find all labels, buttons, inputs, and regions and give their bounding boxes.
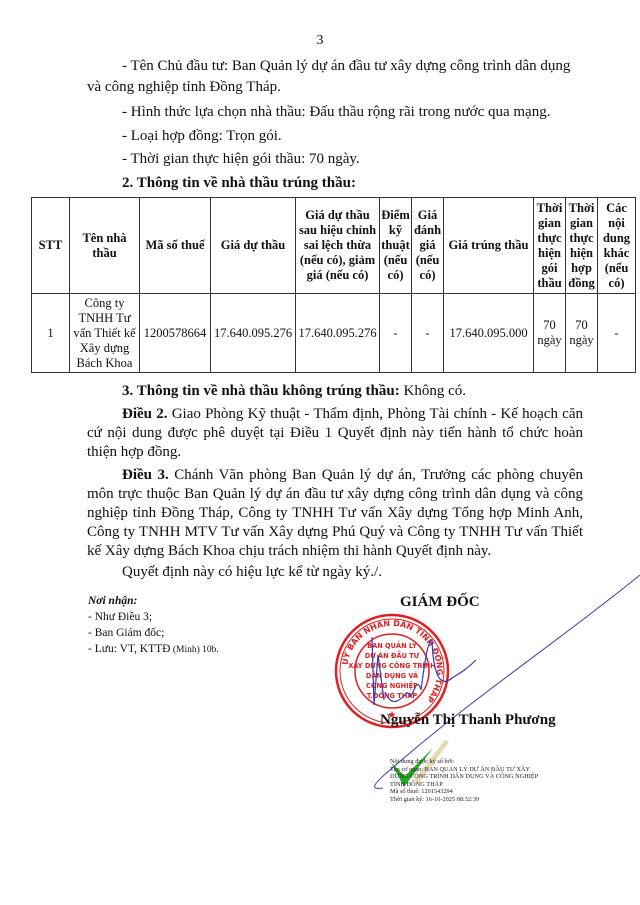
recipients-title: Nơi nhận:: [88, 593, 219, 609]
esign-line: Mã số thuế: 1201543294: [390, 788, 538, 796]
esign-line: DỰNG CÔNG TRÌNH DÂN DỤNG VÀ CÔNG NGHIỆP: [390, 773, 538, 781]
article3: Điều 3. Chánh Văn phòng Ban Quản lý dự á…: [87, 466, 583, 561]
col-bidder-name: Tên nhà thầu: [70, 198, 140, 294]
col-contract-duration: Thời gian thực hiện hợp đồng: [566, 198, 598, 294]
svg-text:T.ĐỒNG THÁP: T.ĐỒNG THÁP: [367, 690, 417, 700]
owner-line: - Tên Chủ đầu tư: Ban Quản lý dự án đầu …: [87, 57, 583, 76]
col-other: Các nội dung khác (nếu có): [598, 198, 636, 294]
recipient-item: - Ban Giám đốc;: [88, 625, 219, 641]
section2-heading: 2. Thông tin về nhà thầu trúng thầu:: [87, 174, 583, 193]
esign-line: Tên cơ quan: BAN QUẢN LÝ DỰ ÁN ĐẦU TƯ XÂ…: [390, 766, 538, 774]
cell-tech-score: -: [380, 294, 412, 373]
selection-method: - Hình thức lựa chọn nhà thầu: Đấu thầu …: [87, 103, 583, 122]
svg-text:BAN QUẢN LÝ: BAN QUẢN LÝ: [367, 640, 417, 650]
contract-type: - Loại hợp đồng: Trọn gói.: [87, 127, 583, 146]
svg-text:CÔNG NGHIỆP: CÔNG NGHIỆP: [366, 681, 418, 690]
digital-signature-info: Nội dung được ký số bởi: Tên cơ quan: BA…: [390, 758, 538, 803]
signer-name: Nguyễn Thị Thanh Phương: [380, 712, 556, 729]
esign-line: TỈNH ĐỒNG THÁP: [390, 781, 538, 789]
col-tech-score: Điểm kỹ thuật (nếu có): [380, 198, 412, 294]
section3: 3. Thông tin về nhà thầu không trúng thầ…: [87, 382, 583, 401]
col-bid-price: Giá dự thầu: [211, 198, 296, 294]
recipient-item-suffix: (Minh) 10b.: [170, 645, 218, 655]
article2-label: Điều 2.: [122, 406, 167, 422]
svg-text:DỰ ÁN ĐẦU TƯ: DỰ ÁN ĐẦU TƯ: [365, 650, 420, 660]
winning-bidder-table: STT Tên nhà thầu Mã số thuế Giá dự thầu …: [31, 197, 636, 373]
cell-stt: 1: [32, 294, 70, 373]
section3-value: Không có.: [400, 383, 466, 399]
cell-eval-price: -: [412, 294, 444, 373]
col-stt: STT: [32, 198, 70, 294]
cell-bid-price: 17.640.095.276: [211, 294, 296, 373]
owner-line1: - Tên Chủ đầu tư: Ban Quản lý dự án đầu …: [122, 58, 570, 74]
cell-adjusted-price: 17.640.095.276: [296, 294, 380, 373]
recipient-item: - Lưu: VT, KTTĐ (Minh) 10b.: [88, 641, 219, 658]
col-eval-price: Giá đánh giá (nếu có): [412, 198, 444, 294]
col-package-duration: Thời gian thực hiện gói thầu: [534, 198, 566, 294]
signer-title: GIÁM ĐỐC: [400, 594, 480, 611]
duration: - Thời gian thực hiện gói thầu: 70 ngày.: [87, 150, 583, 169]
svg-text:DÂN DỤNG VÀ: DÂN DỤNG VÀ: [366, 671, 419, 680]
col-winning-price: Giá trúng thầu: [444, 198, 534, 294]
col-tax-code: Mã số thuế: [140, 198, 211, 294]
table-row: 1 Công ty TNHH Tư vấn Thiết kế Xây dựng …: [32, 294, 636, 373]
recipient-item-text: - Lưu: VT, KTTĐ: [88, 643, 170, 655]
cell-contract-duration: 70 ngày: [566, 294, 598, 373]
section3-heading: 3. Thông tin về nhà thầu không trúng thầ…: [122, 383, 400, 399]
cell-package-duration: 70 ngày: [534, 294, 566, 373]
table-header-row: STT Tên nhà thầu Mã số thuế Giá dự thầu …: [32, 198, 636, 294]
col-adjusted-price: Giá dự thầu sau hiệu chỉnh sai lệch thừa…: [296, 198, 380, 294]
article3-label: Điều 3.: [122, 467, 169, 483]
page-number: 3: [0, 33, 640, 49]
cell-other: -: [598, 294, 636, 373]
article2: Điều 2. Giao Phòng Kỹ thuật - Thẩm định,…: [87, 405, 583, 462]
cell-winning-price: 17.640.095.000: [444, 294, 534, 373]
effective-clause: Quyết định này có hiệu lực kể từ ngày ký…: [87, 563, 583, 582]
cell-tax-code: 1200578664: [140, 294, 211, 373]
esign-line: Nội dung được ký số bởi:: [390, 758, 538, 766]
esign-line: Thời gian ký: 16-10-2025 08:32:39: [390, 796, 538, 804]
recipient-item: - Như Điều 3;: [88, 609, 219, 625]
owner-line-continued: và công nghiệp tỉnh Đồng Tháp.: [87, 78, 583, 97]
svg-text:XÂY DỰNG CÔNG TRÌNH: XÂY DỰNG CÔNG TRÌNH: [348, 661, 436, 670]
recipients-block: Nơi nhận: - Như Điều 3; - Ban Giám đốc; …: [88, 593, 219, 658]
cell-bidder-name: Công ty TNHH Tư vấn Thiết kế Xây dựng Bá…: [70, 294, 140, 373]
